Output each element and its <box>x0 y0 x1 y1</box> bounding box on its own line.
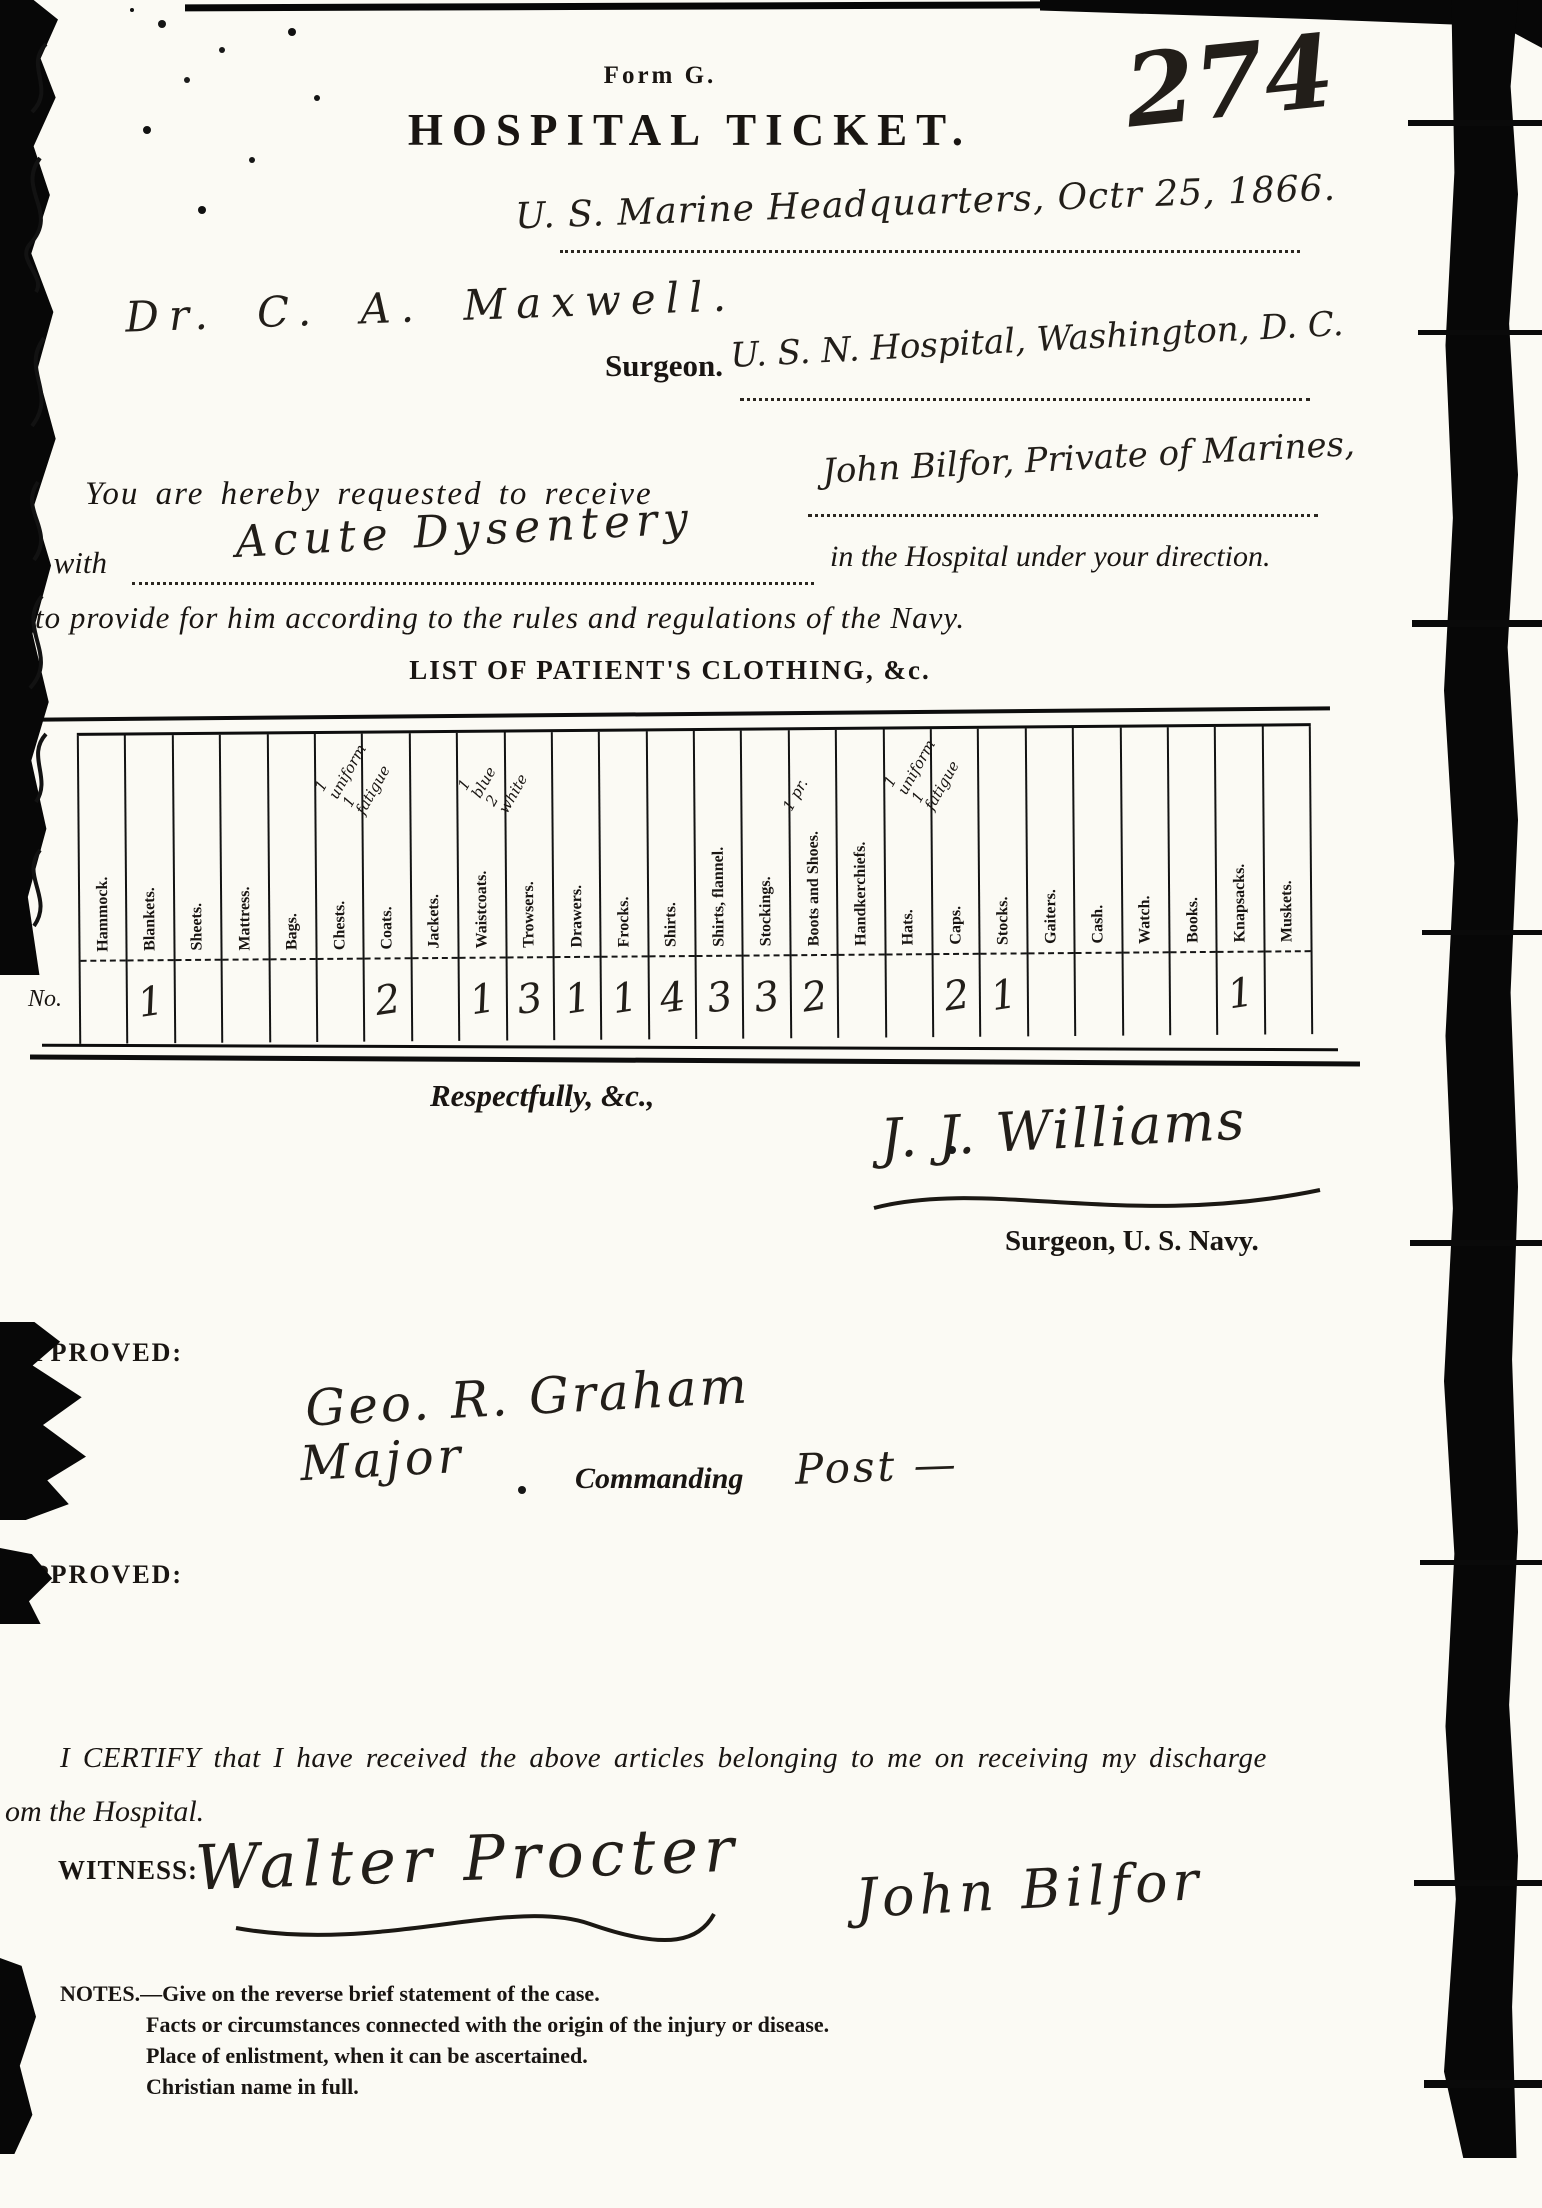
scan-binding-edge <box>1444 0 1518 2158</box>
notes-line-3: Place of enlistment, when it can be asce… <box>146 2040 829 2071</box>
column-label: Boots and Shoes. <box>804 831 823 946</box>
column-header: Blankets. <box>126 735 173 959</box>
margin-bleedthrough-writing <box>6 30 70 950</box>
column-value <box>81 959 127 1043</box>
scan-left-edge-lower <box>0 1958 36 2154</box>
column-header: Books. <box>1169 727 1216 951</box>
column-value <box>1265 950 1311 1034</box>
handwritten-addressee: Dr. C. A. Maxwell. <box>124 271 736 341</box>
page-title: HOSPITAL TICKET. <box>320 104 1060 156</box>
scan-speckles <box>130 8 134 12</box>
column-label: Hats. <box>900 909 918 945</box>
column-value-text: 1 <box>467 975 499 1024</box>
column-value <box>318 958 364 1042</box>
surgeon-title-label: Surgeon, U. S. Navy. <box>1005 1225 1259 1258</box>
column-value: 1 <box>981 952 1027 1036</box>
binding-streak <box>1422 930 1542 935</box>
column-value: 1 <box>602 955 648 1039</box>
clothing-column-muskets: Muskets. <box>1264 726 1314 1034</box>
notes-line-4: Christian name in full. <box>146 2071 829 2102</box>
column-header: 1 uniform 1 fatigueCaps. <box>932 729 979 953</box>
handwritten-date-line: U. S. Marine Headquarters, Octr 25, 1866… <box>515 168 1337 238</box>
column-value <box>223 958 269 1042</box>
column-label: Cash. <box>1089 905 1107 944</box>
dotted-rule <box>132 582 814 585</box>
clothing-column-coats: 1 uniform 1 fatigueCoats. 2 <box>363 733 413 1041</box>
clothing-table: Hammock. Blankets. 1 Sheets. Mattress. B… <box>77 723 1313 1044</box>
column-label: Drawers. <box>568 885 586 948</box>
column-header: Drawers. <box>553 732 600 956</box>
table-bottom-rule-outer <box>30 1055 1360 1067</box>
clothing-column-books: Books. <box>1169 727 1219 1035</box>
clothing-column-caps: 1 uniform 1 fatigueCaps. 2 <box>932 729 982 1037</box>
column-value-text: 2 <box>798 972 830 1021</box>
column-label: Shirts, flannel. <box>709 847 728 947</box>
column-label: Knapsacks. <box>1231 864 1250 943</box>
certify-statement-line2: om the Hospital. <box>5 1795 204 1829</box>
column-header: Cash. <box>1074 728 1121 952</box>
clothing-column-gaiters: Gaiters. <box>1027 728 1077 1036</box>
handwritten-station: U. S. N. Hospital, Washington, D. C. <box>729 304 1344 376</box>
clothing-column-watch: Watch. <box>1121 727 1171 1035</box>
clothing-column-bags: Bags. <box>268 734 318 1042</box>
column-header: 1 blue 2 whiteTrowsers. <box>505 732 552 956</box>
column-header: Sheets. <box>174 735 221 959</box>
clothing-column-hammock: Hammock. <box>77 735 129 1043</box>
column-label: Sheets. <box>189 903 207 951</box>
binding-streak <box>1420 1560 1542 1565</box>
witness-signature: Walter Procter <box>194 1813 741 1905</box>
column-header: Mattress. <box>221 734 268 958</box>
column-label: Shirts. <box>663 902 681 947</box>
column-header: Watch. <box>1121 727 1168 951</box>
notes-block: NOTES.—Give on the reverse brief stateme… <box>60 1978 829 2102</box>
column-label: Muskets. <box>1278 880 1296 942</box>
dotted-rule <box>808 514 1318 517</box>
column-value-text: 4 <box>656 974 688 1023</box>
clothing-column-trowsers: 1 blue 2 whiteTrowsers. 3 <box>505 732 555 1040</box>
form-number-label: Form G. <box>560 62 760 90</box>
patient-signature: John Bilfor <box>854 1849 1205 1930</box>
column-value <box>886 953 932 1037</box>
column-value: 1 <box>1218 951 1264 1035</box>
clothing-column-shirts-flannel: Shirts, flannel. 3 <box>695 731 745 1039</box>
column-value <box>270 958 316 1042</box>
commanding-label: Commanding <box>575 1462 743 1496</box>
column-value-text: 3 <box>514 975 546 1024</box>
column-label: Watch. <box>1136 895 1154 944</box>
column-value <box>1123 951 1169 1035</box>
column-value-text: 2 <box>372 976 404 1025</box>
column-header: Gaiters. <box>1027 728 1074 952</box>
column-header: Shirts. <box>647 731 694 955</box>
hospital-ticket-document: Form G. HOSPITAL TICKET. 274 U. S. Marin… <box>0 0 1542 2208</box>
clothing-column-boots-and-shoes: 1 pr.Boots and Shoes. 2 <box>790 730 840 1038</box>
handwritten-patient-name: John Bilfor, Private of Marines, <box>821 424 1355 492</box>
clothing-column-sheets: Sheets. <box>174 735 224 1043</box>
binding-streak <box>1418 330 1542 335</box>
column-header: Muskets. <box>1264 726 1311 950</box>
signature-flourish <box>868 1172 1328 1228</box>
column-value-text: 3 <box>704 973 736 1022</box>
certify-statement-line1: I CERTIFY that I have received the above… <box>60 1742 1267 1775</box>
column-value-text: 1 <box>562 974 594 1023</box>
approver-signature: Geo. R. Graham <box>304 1356 751 1437</box>
column-value <box>839 954 885 1038</box>
surgeon-signature: J. J. Williams <box>879 1088 1248 1170</box>
column-label: Coats. <box>378 906 396 949</box>
addressee-title-label: Surgeon. <box>605 348 723 384</box>
column-value: 2 <box>791 954 837 1038</box>
column-label: Stocks. <box>994 896 1012 945</box>
clothing-column-shirts: Shirts. 4 <box>647 731 697 1039</box>
column-value: 1 <box>554 956 600 1040</box>
column-header: Hammock. <box>79 735 126 959</box>
clothing-list-heading: LIST OF PATIENT'S CLOTHING, &c. <box>390 655 950 686</box>
table-bottom-rule <box>42 1044 1338 1052</box>
column-value-text: 1 <box>609 974 641 1023</box>
column-label: Hammock. <box>94 876 113 951</box>
column-header: Stocks. <box>979 728 1026 952</box>
column-value-text: 3 <box>751 973 783 1022</box>
column-header: Handkerchiefs. <box>837 730 884 954</box>
binding-streak <box>1414 1880 1542 1886</box>
column-value <box>1171 951 1217 1035</box>
table-top-rule <box>42 706 1330 721</box>
column-header: 1 uniform 1 fatigueCoats. <box>363 733 410 957</box>
column-value: 1 <box>460 956 506 1040</box>
column-label: Caps. <box>947 906 965 945</box>
column-value <box>1028 952 1074 1036</box>
column-header: Jackets. <box>411 733 458 957</box>
column-label: Handkerchiefs. <box>852 841 871 945</box>
column-label: Chests. <box>331 900 349 949</box>
column-value-text: 1 <box>135 978 167 1027</box>
witness-label: WITNESS: <box>58 1855 198 1886</box>
clothing-column-frocks: Frocks. 1 <box>600 731 650 1039</box>
column-value: 4 <box>649 955 695 1039</box>
column-value <box>412 957 458 1041</box>
notes-line-1: NOTES.—Give on the reverse brief stateme… <box>60 1978 829 2009</box>
column-header: Bags. <box>268 734 315 958</box>
handwritten-ticket-number: 274 <box>1119 11 1339 150</box>
clothing-column-stocks: Stocks. 1 <box>979 728 1029 1036</box>
witness-signature-flourish <box>230 1900 720 1960</box>
hospital-direction-label: in the Hospital under your direction. <box>830 540 1271 574</box>
column-label: Stockings. <box>757 877 776 947</box>
column-value: 3 <box>697 955 743 1039</box>
dotted-rule <box>560 250 1300 253</box>
dotted-rule <box>740 398 1310 401</box>
column-value-text: 1 <box>988 971 1020 1020</box>
clothing-column-cash: Cash. <box>1074 728 1124 1036</box>
binding-streak <box>1408 120 1542 126</box>
notes-line-2: Facts or circumstances connected with th… <box>146 2009 829 2040</box>
column-value: 2 <box>365 957 411 1041</box>
column-header: Knapsacks. <box>1216 727 1263 951</box>
commanding-post-handwritten: Post — <box>794 1439 959 1494</box>
rules-regulations-label: to provide for him according to the rule… <box>35 600 965 636</box>
column-label: Bags. <box>283 913 301 950</box>
column-value: 1 <box>128 959 174 1043</box>
column-header: Frocks. <box>600 731 647 955</box>
column-header: 1 pr.Boots and Shoes. <box>790 730 837 954</box>
clothing-column-knapsacks: Knapsacks. 1 <box>1216 727 1266 1035</box>
column-header: Stockings. <box>742 730 789 954</box>
clothing-column-handkerchiefs: Handkerchiefs. <box>837 730 887 1038</box>
respectfully-label: Respectfully, &c., <box>430 1078 654 1114</box>
clothing-column-jackets: Jackets. <box>411 733 461 1041</box>
column-value: 2 <box>934 953 980 1037</box>
column-label: Books. <box>1184 897 1202 943</box>
clothing-column-blankets: Blankets. 1 <box>126 735 176 1043</box>
binding-streak <box>1424 2080 1542 2088</box>
column-value: 3 <box>744 954 790 1038</box>
clothing-column-mattress: Mattress. <box>221 734 271 1042</box>
column-label: Mattress. <box>236 886 255 950</box>
column-value <box>175 959 221 1043</box>
column-value: 3 <box>507 956 553 1040</box>
column-label: Jackets. <box>425 894 443 949</box>
column-label: Waistcoats. <box>473 871 492 949</box>
column-label: Blankets. <box>141 888 159 952</box>
column-value <box>1076 952 1122 1036</box>
column-label: Trowsers. <box>520 882 539 949</box>
binding-streak <box>1410 1240 1542 1246</box>
column-value-text: 1 <box>1225 969 1257 1018</box>
table-row-label: No. <box>28 986 62 1013</box>
column-value-text: 2 <box>941 971 973 1020</box>
column-label: Gaiters. <box>1042 889 1060 944</box>
binding-streak <box>1412 620 1542 627</box>
clothing-column-stockings: Stockings. 3 <box>742 730 792 1038</box>
approver-rank: Major <box>299 1428 466 1493</box>
column-header: Shirts, flannel. <box>695 731 742 955</box>
clothing-column-drawers: Drawers. 1 <box>553 732 603 1040</box>
column-label: Frocks. <box>615 897 633 948</box>
